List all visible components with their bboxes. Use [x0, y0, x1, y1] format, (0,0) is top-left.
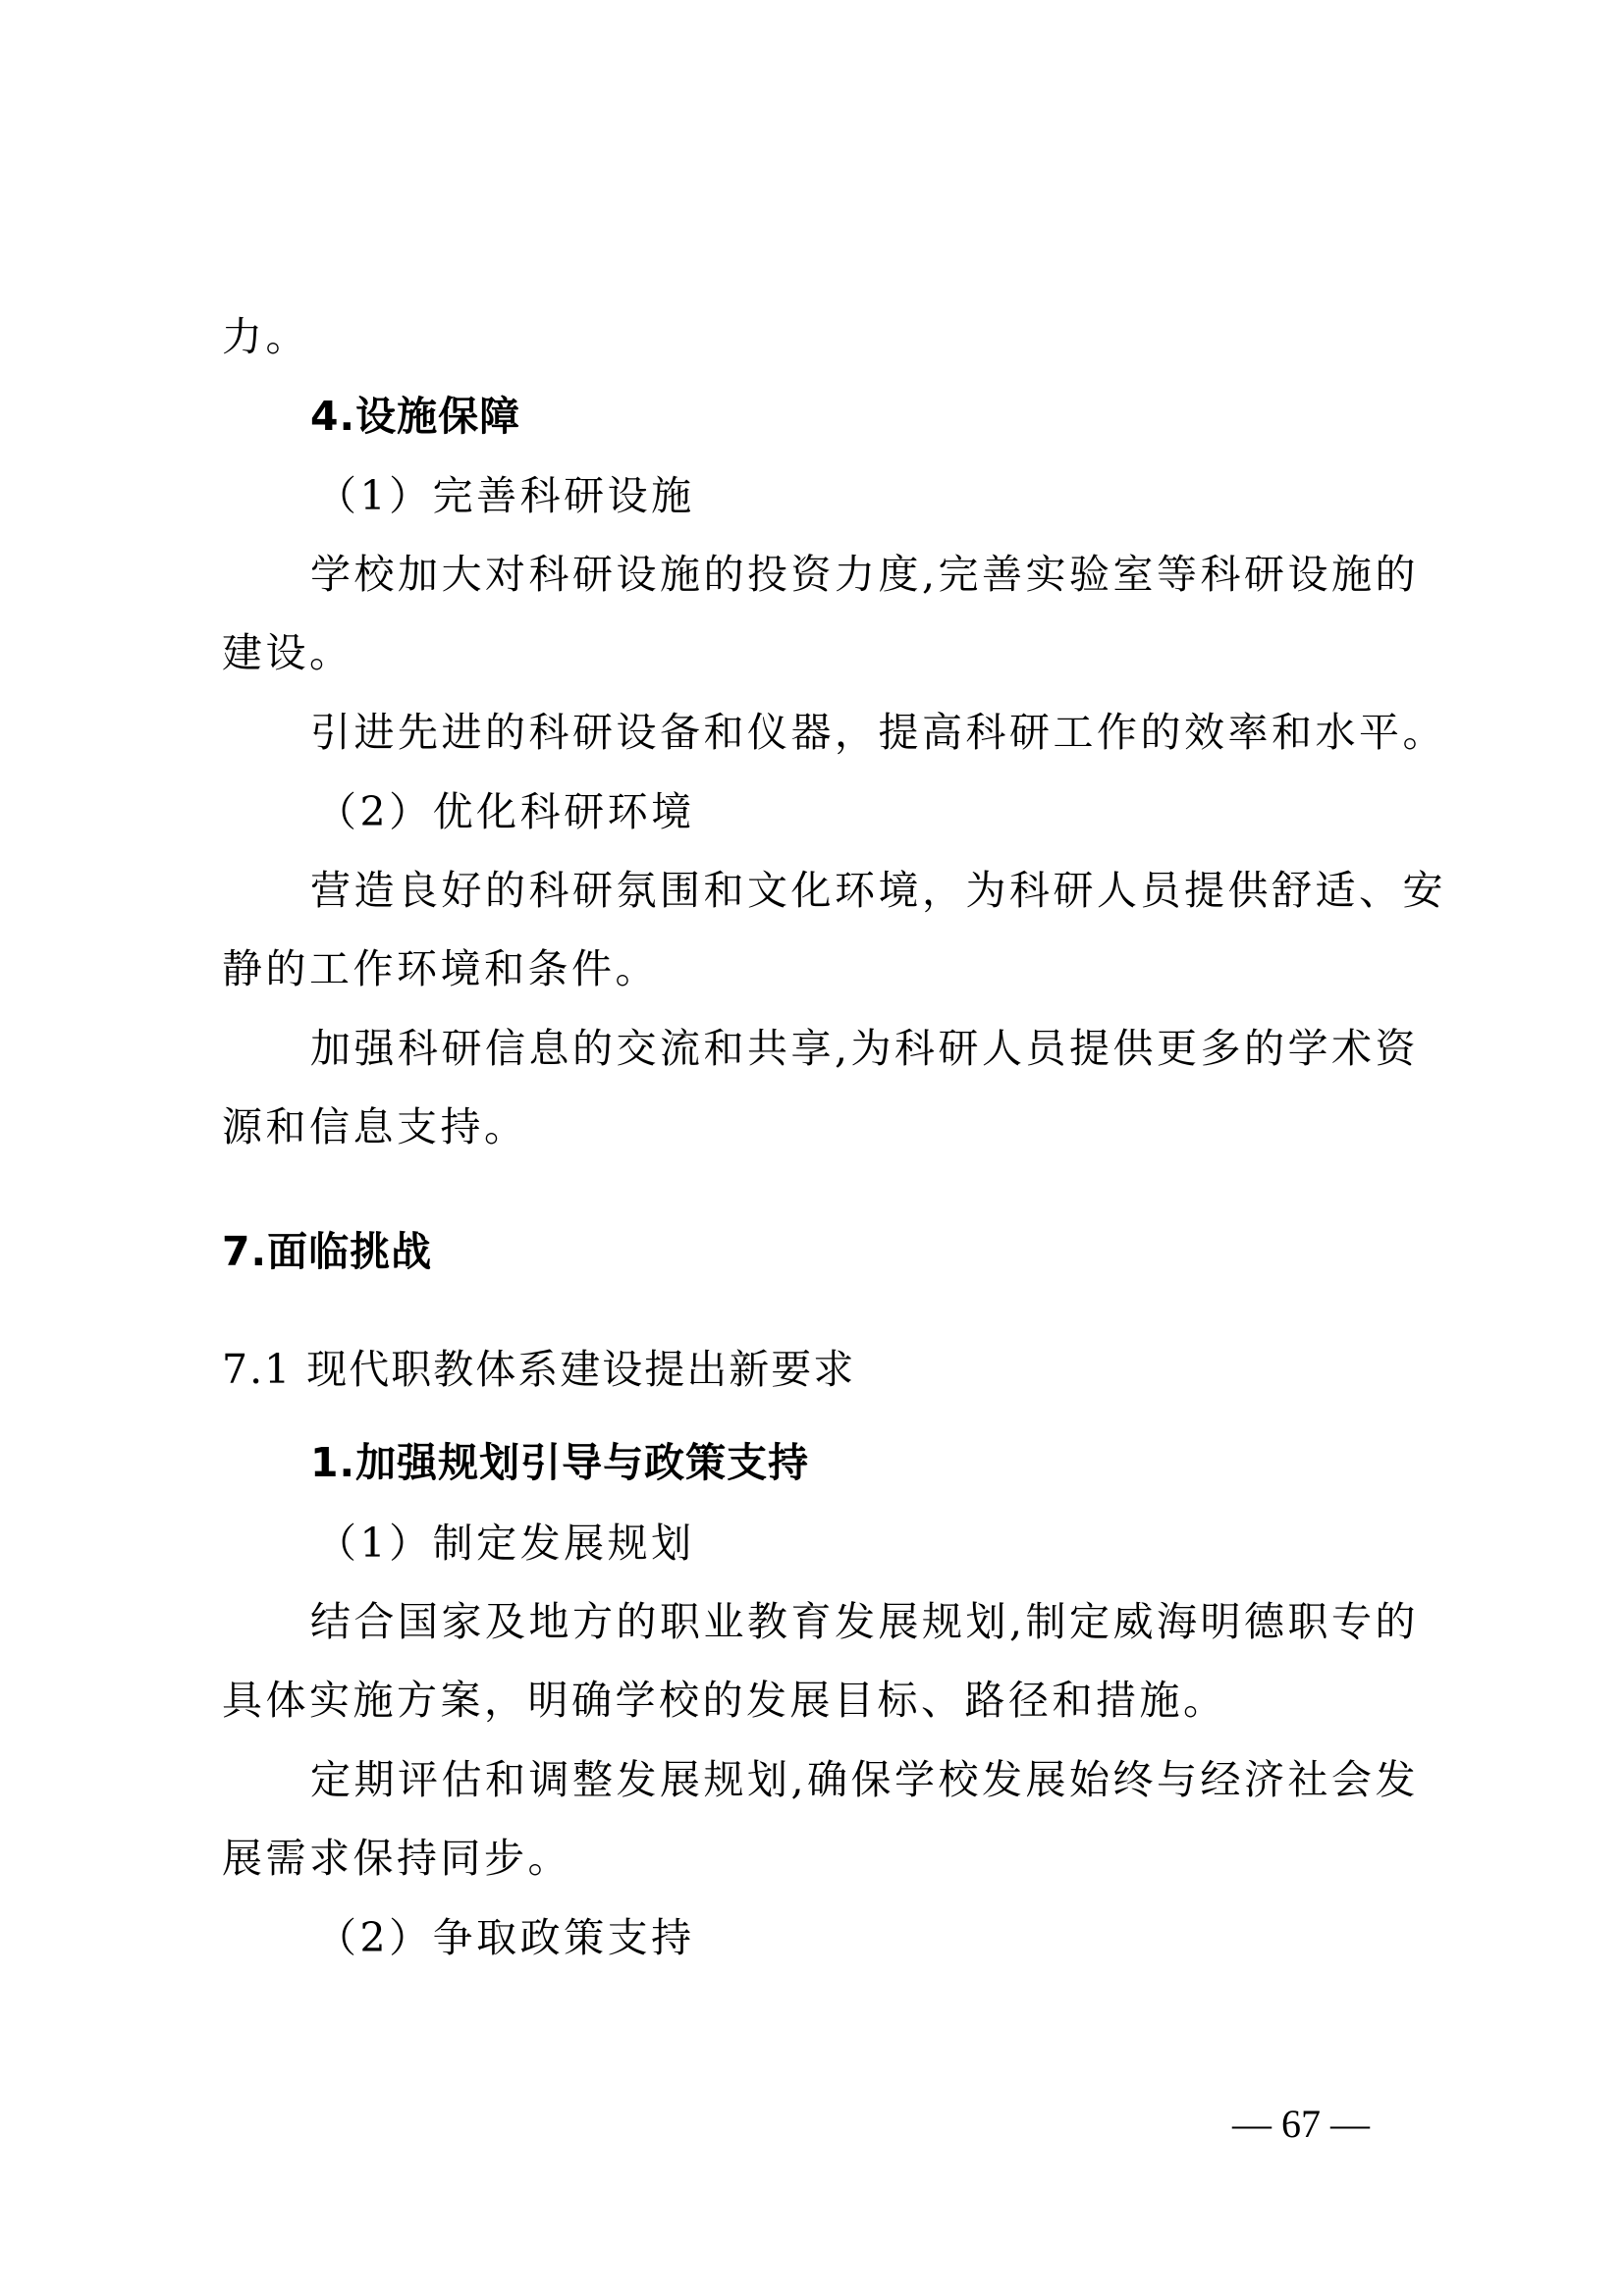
heading-facility-guarantee: 4.设施保障 [310, 392, 520, 441]
text-line: 源和信息支持。 [222, 1102, 528, 1151]
text-line: 具体实施方案，明确学校的发展目标、路径和措施。 [222, 1676, 1227, 1725]
paragraph-line: 学校加大对科研设施的投资力度,完善实验室等科研设施的 [310, 550, 1419, 599]
subsection-heading: 7.1 现代职教体系建设提出新要求 [222, 1345, 855, 1394]
text-line: 静的工作环境和条件。 [222, 944, 659, 993]
subheading-policy-support: （2）争取政策支持 [316, 1913, 695, 1962]
text-line: 力。 [222, 312, 309, 361]
text-line: 展需求保持同步。 [222, 1834, 571, 1883]
text-line: 建设。 [222, 628, 353, 677]
section-heading-challenges: 7.面临挑战 [222, 1227, 432, 1276]
paragraph-line: 结合国家及地方的职业教育发展规划,制定威海明德职专的 [310, 1597, 1419, 1646]
subheading-optimize-environment: （2）优化科研环境 [316, 787, 695, 836]
subheading-improve-facilities: （1）完善科研设施 [316, 471, 695, 520]
paragraph-line: 加强科研信息的交流和共享,为科研人员提供更多的学术资 [310, 1024, 1419, 1073]
heading-planning-policy: 1.加强规划引导与政策支持 [310, 1438, 809, 1487]
page-number: — 67 — [1232, 2101, 1370, 2147]
paragraph-line: 定期评估和调整发展规划,确保学校发展始终与经济社会发 [310, 1755, 1419, 1804]
paragraph-line: 营造良好的科研氛围和文化环境，为科研人员提供舒适、安 [310, 866, 1446, 915]
subheading-development-plan: （1）制定发展规划 [316, 1519, 695, 1568]
paragraph-line: 引进先进的科研设备和仪器，提高科研工作的效率和水平。 [310, 708, 1446, 757]
